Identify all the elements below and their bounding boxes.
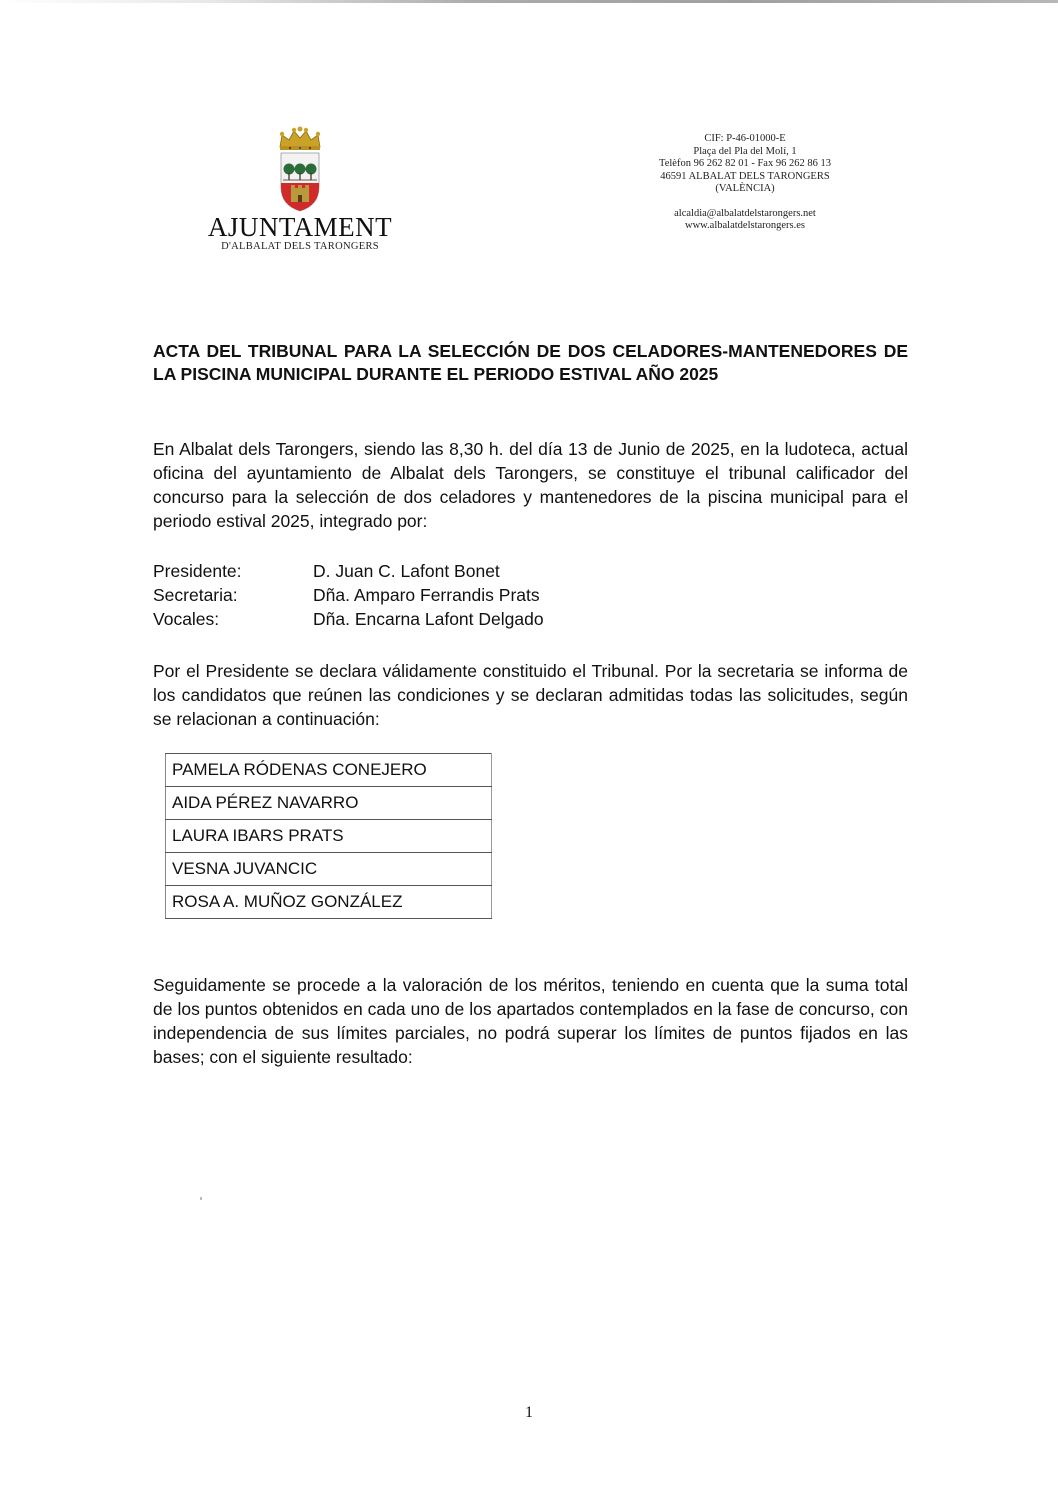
- table-row: ROSA A. MUÑOZ GONZÁLEZ: [166, 886, 492, 919]
- email-link[interactable]: alcaldia@albalatdelstarongers.net: [630, 208, 860, 221]
- tribunal-members: Presidente: D. Juan C. Lafont Bonet Secr…: [153, 559, 544, 631]
- city: 46591 ALBALAT DELS TARONGERS: [630, 171, 860, 184]
- intro-paragraph: En Albalat dels Tarongers, siendo las 8,…: [153, 437, 908, 533]
- candidate-name: ROSA A. MUÑOZ GONZÁLEZ: [166, 886, 492, 919]
- member-name: Dña. Amparo Ferrandis Prats: [313, 583, 540, 607]
- address: Plaça del Pla del Molí, 1: [630, 146, 860, 159]
- member-row: Presidente: D. Juan C. Lafont Bonet: [153, 559, 544, 583]
- member-role: Vocales:: [153, 607, 313, 631]
- constitution-paragraph: Por el Presidente se declara válidamente…: [153, 659, 908, 731]
- table-row: LAURA IBARS PRATS: [166, 820, 492, 853]
- document-title: ACTA DEL TRIBUNAL PARA LA SELECCIÓN DE D…: [153, 340, 908, 386]
- valuation-paragraph: Seguidamente se procede a la valoración …: [153, 973, 908, 1069]
- member-role: Secretaria:: [153, 583, 313, 607]
- region: (VALÈNCIA): [630, 183, 860, 196]
- candidate-name: LAURA IBARS PRATS: [166, 820, 492, 853]
- member-row: Secretaria: Dña. Amparo Ferrandis Prats: [153, 583, 544, 607]
- page-number: 1: [0, 1404, 1058, 1422]
- table-row: PAMELA RÓDENAS CONEJERO: [166, 754, 492, 787]
- table-row: AIDA PÉREZ NAVARRO: [166, 787, 492, 820]
- candidate-name: AIDA PÉREZ NAVARRO: [166, 787, 492, 820]
- candidates-table: PAMELA RÓDENAS CONEJERO AIDA PÉREZ NAVAR…: [165, 753, 492, 919]
- member-role: Presidente:: [153, 559, 313, 583]
- table-row: VESNA JUVANCIC: [166, 853, 492, 886]
- logo-subtitle: D'ALBALAT DELS TARONGERS: [190, 241, 410, 253]
- member-name: Dña. Encarna Lafont Delgado: [313, 607, 544, 631]
- coat-of-arms-icon: [272, 125, 328, 213]
- candidate-name: PAMELA RÓDENAS CONEJERO: [166, 754, 492, 787]
- website-link[interactable]: www.albalatdelstarongers.es: [630, 220, 860, 233]
- member-row: Vocales: Dña. Encarna Lafont Delgado: [153, 607, 544, 631]
- phone-fax: Telèfon 96 262 82 01 - Fax 96 262 86 13: [630, 158, 860, 171]
- contact-info: CIF: P-46-01000-E Plaça del Pla del Molí…: [630, 133, 860, 233]
- scan-speck: [200, 1197, 202, 1200]
- municipality-logo: AJUNTAMENT D'ALBALAT DELS TARONGERS: [190, 125, 410, 253]
- member-name: D. Juan C. Lafont Bonet: [313, 559, 500, 583]
- logo-title: AJUNTAMENT: [190, 213, 410, 241]
- cif: CIF: P-46-01000-E: [630, 133, 860, 146]
- scan-edge: [0, 0, 1058, 3]
- candidate-name: VESNA JUVANCIC: [166, 853, 492, 886]
